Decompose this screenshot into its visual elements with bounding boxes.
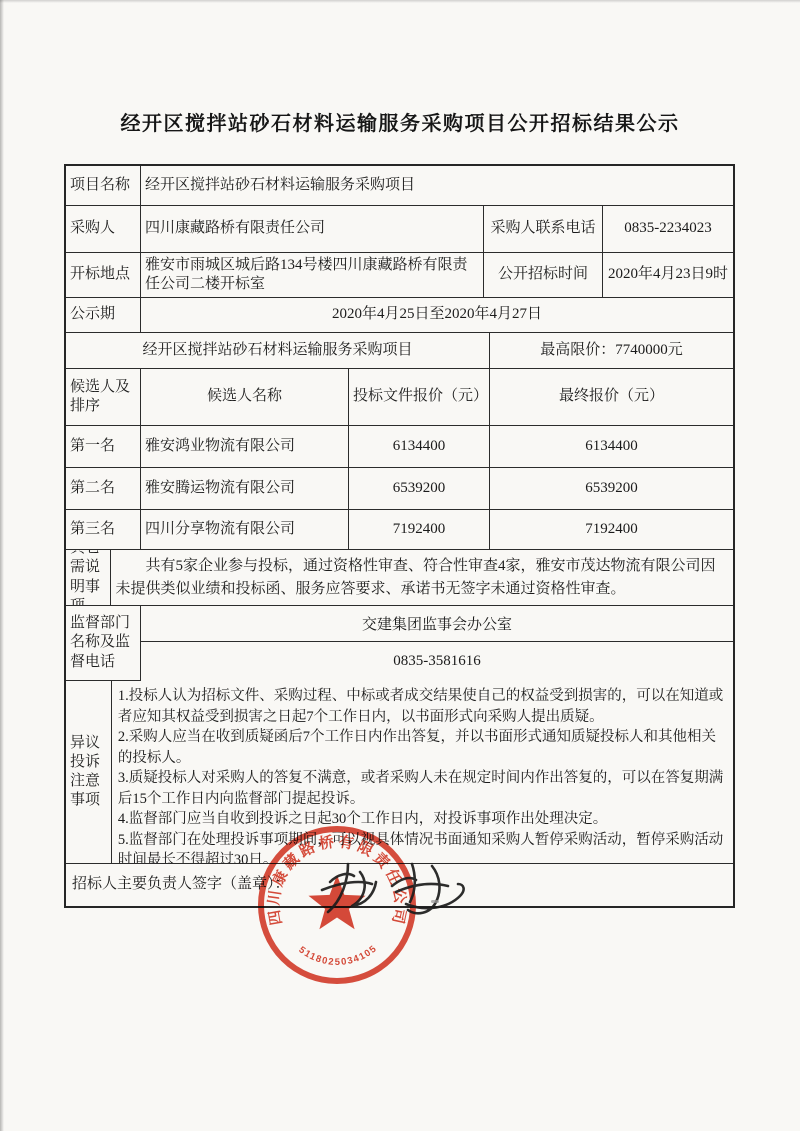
other-notes-cell: 共有5家企业参与投标，通过资格性审查、符合性审查4家，雅安市茂达物流有限公司因未… <box>111 550 733 606</box>
table-row: 监督部门名称及监督电话 交建集团监事会办公室 0835-3581616 <box>66 606 733 681</box>
candidate-name: 雅安腾运物流有限公司 <box>141 468 349 510</box>
bid-result-table: 项目名称 经开区搅拌站砂石材料运输服务采购项目 采购人 四川康藏路桥有限责任公司… <box>64 164 735 908</box>
page-title: 经开区搅拌站砂石材料运输服务采购项目公开招标结果公示 <box>0 107 800 136</box>
candidate-rank: 第三名 <box>66 510 141 550</box>
supervision-department: 交建集团监事会办公室 <box>141 606 733 642</box>
seal-number: 5118025034105 <box>296 943 379 968</box>
objection-item: 5.监督部门在处理投诉事项期间，可以视具体情况书面通知采购人暂停采购活动，暂停采… <box>118 830 727 865</box>
candidate-row: 第一名 雅安鸿业物流有限公司 6134400 6134400 <box>66 426 733 468</box>
other-notes-value: 共有5家企业参与投标，通过资格性审查、符合性审查4家，雅安市茂达物流有限公司因未… <box>115 555 729 600</box>
purchaser-label: 采购人 <box>66 206 141 253</box>
candidate-rank: 第一名 <box>66 426 141 468</box>
candidate-final-price: 6134400 <box>490 426 733 468</box>
signature-label: 招标人主要负责人签字（盖章）： <box>66 864 733 906</box>
table-row: 公示期 2020年4月25日至2020年4月27日 <box>66 298 733 333</box>
signature-row: 招标人主要负责人签字（盖章）： <box>66 864 733 906</box>
candidate-final-price: 6539200 <box>490 468 733 510</box>
document-page: 经开区搅拌站砂石材料运输服务采购项目公开招标结果公示 项目名称 经开区搅拌站砂石… <box>0 0 800 1131</box>
candidate-name-header: 候选人名称 <box>141 369 349 426</box>
opening-place-label: 开标地点 <box>66 253 141 298</box>
scan-fleck <box>431 900 439 903</box>
opening-time-label: 公开招标时间 <box>484 253 603 298</box>
other-notes-label: 其它需说明事项 <box>66 550 111 606</box>
candidate-row: 第二名 雅安腾运物流有限公司 6539200 6539200 <box>66 468 733 510</box>
candidate-bid-price: 6539200 <box>349 468 490 510</box>
table-row: 其它需说明事项 共有5家企业参与投标，通过资格性审查、符合性审查4家，雅安市茂达… <box>66 550 733 606</box>
supervision-values: 交建集团监事会办公室 0835-3581616 <box>141 606 733 681</box>
candidate-name: 四川分享物流有限公司 <box>141 510 349 550</box>
project-name-value: 经开区搅拌站砂石材料运输服务采购项目 <box>141 166 733 206</box>
candidates-header-row: 候选人及排序 候选人名称 投标文件报价（元） 最终报价（元） <box>66 369 733 426</box>
candidate-bid-price: 6134400 <box>349 426 490 468</box>
project-name-label: 项目名称 <box>66 166 141 206</box>
candidate-bid-price: 7192400 <box>349 510 490 550</box>
svg-text:5118025034105: 5118025034105 <box>296 943 379 968</box>
candidate-rank: 第二名 <box>66 468 141 510</box>
opening-time-value: 2020年4月23日9时 <box>603 253 733 298</box>
table-row: 经开区搅拌站砂石材料运输服务采购项目 最高限价：7740000元 <box>66 333 733 369</box>
opening-place-value: 雅安市雨城区城后路134号楼四川康藏路桥有限责任公司二楼开标室 <box>141 253 484 298</box>
rank-header: 候选人及排序 <box>66 369 141 426</box>
purchaser-value: 四川康藏路桥有限责任公司 <box>141 206 484 253</box>
table-row: 项目名称 经开区搅拌站砂石材料运输服务采购项目 <box>66 166 733 206</box>
table-row: 开标地点 雅安市雨城区城后路134号楼四川康藏路桥有限责任公司二楼开标室 公开招… <box>66 253 733 298</box>
objection-cell: 1.投标人认为招标文件、采购过程、中标或者成交结果使自己的权益受到损害的，可以在… <box>112 681 733 864</box>
package-name: 经开区搅拌站砂石材料运输服务采购项目 <box>66 333 490 369</box>
objection-item: 3.质疑投标人对采购人的答复不满意，或者采购人未在规定时间内作出答复的，可以在答… <box>118 768 727 809</box>
purchaser-phone-value: 0835-2234023 <box>603 206 733 253</box>
objection-item: 4.监督部门应当自收到投诉之日起30个工作日内，对投诉事项作出处理决定。 <box>118 809 727 830</box>
candidate-name: 雅安鸿业物流有限公司 <box>141 426 349 468</box>
objection-label: 异议投诉注意事项 <box>66 681 112 864</box>
objection-item: 1.投标人认为招标文件、采购过程、中标或者成交结果使自己的权益受到损害的，可以在… <box>118 686 727 727</box>
bid-price-header: 投标文件报价（元） <box>349 369 490 426</box>
table-row: 异议投诉注意事项 1.投标人认为招标文件、采购过程、中标或者成交结果使自己的权益… <box>66 681 733 864</box>
purchaser-phone-label: 采购人联系电话 <box>484 206 603 253</box>
objection-items: 1.投标人认为招标文件、采购过程、中标或者成交结果使自己的权益受到损害的，可以在… <box>118 686 727 864</box>
max-price: 最高限价：7740000元 <box>490 333 733 369</box>
table-row: 采购人 四川康藏路桥有限责任公司 采购人联系电话 0835-2234023 <box>66 206 733 253</box>
supervision-label: 监督部门名称及监督电话 <box>66 606 141 681</box>
publicity-period-label: 公示期 <box>66 298 141 333</box>
objection-item: 2.采购人应当在收到质疑函后7个工作日内作出答复，并以书面形式通知质疑投标人和其… <box>118 727 727 768</box>
supervision-phone: 0835-3581616 <box>141 642 733 681</box>
final-price-header: 最终报价（元） <box>490 369 733 426</box>
candidate-row: 第三名 四川分享物流有限公司 7192400 7192400 <box>66 510 733 550</box>
candidate-final-price: 7192400 <box>490 510 733 550</box>
publicity-period-value: 2020年4月25日至2020年4月27日 <box>141 298 733 333</box>
